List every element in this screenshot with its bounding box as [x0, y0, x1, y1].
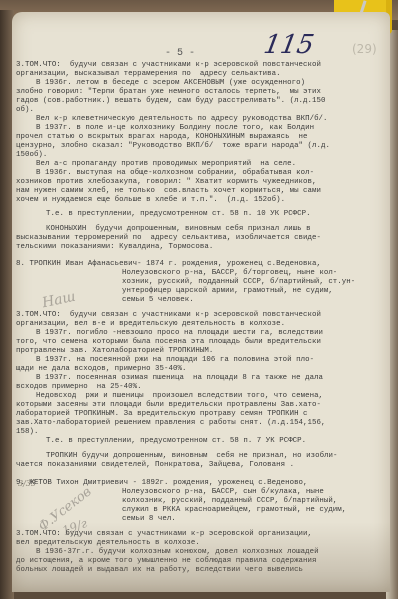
- text-line: хочем и нуждаемся еще больше в хлебе и т…: [16, 195, 285, 205]
- page-number: - 5 -: [165, 48, 195, 59]
- text-line: об).: [16, 105, 34, 115]
- text-line: Т.е. в преступлении, предусмотренном ст.…: [46, 436, 306, 446]
- pencil-note: Наш: [41, 289, 77, 312]
- archive-sheet-number: 115: [261, 30, 316, 60]
- text-line: Т.е. в преступлении, предусмотренном ст.…: [46, 209, 311, 219]
- text-line: чается показаниями свидетелей, Понкратов…: [16, 460, 294, 470]
- text-line: цензурно, злобно сказал: "Руководство ВК…: [16, 141, 330, 151]
- faint-stamp: (29): [352, 42, 377, 56]
- text-line: 158).: [16, 427, 38, 437]
- text-line: зав.Хато-лабораторией решением правления…: [16, 418, 325, 428]
- document-page: - 5 - 115 (29) Наш Ф.Усеков 19/г 3/35 3.…: [12, 12, 390, 592]
- page-shadow: [12, 522, 390, 592]
- text-line: гадов (сов.работник.) вешать будем, сам …: [16, 96, 325, 106]
- text-line: семьи 5 человек.: [122, 295, 194, 305]
- text-line: тельскими показаниями: Кувалдина, Тормос…: [16, 242, 213, 252]
